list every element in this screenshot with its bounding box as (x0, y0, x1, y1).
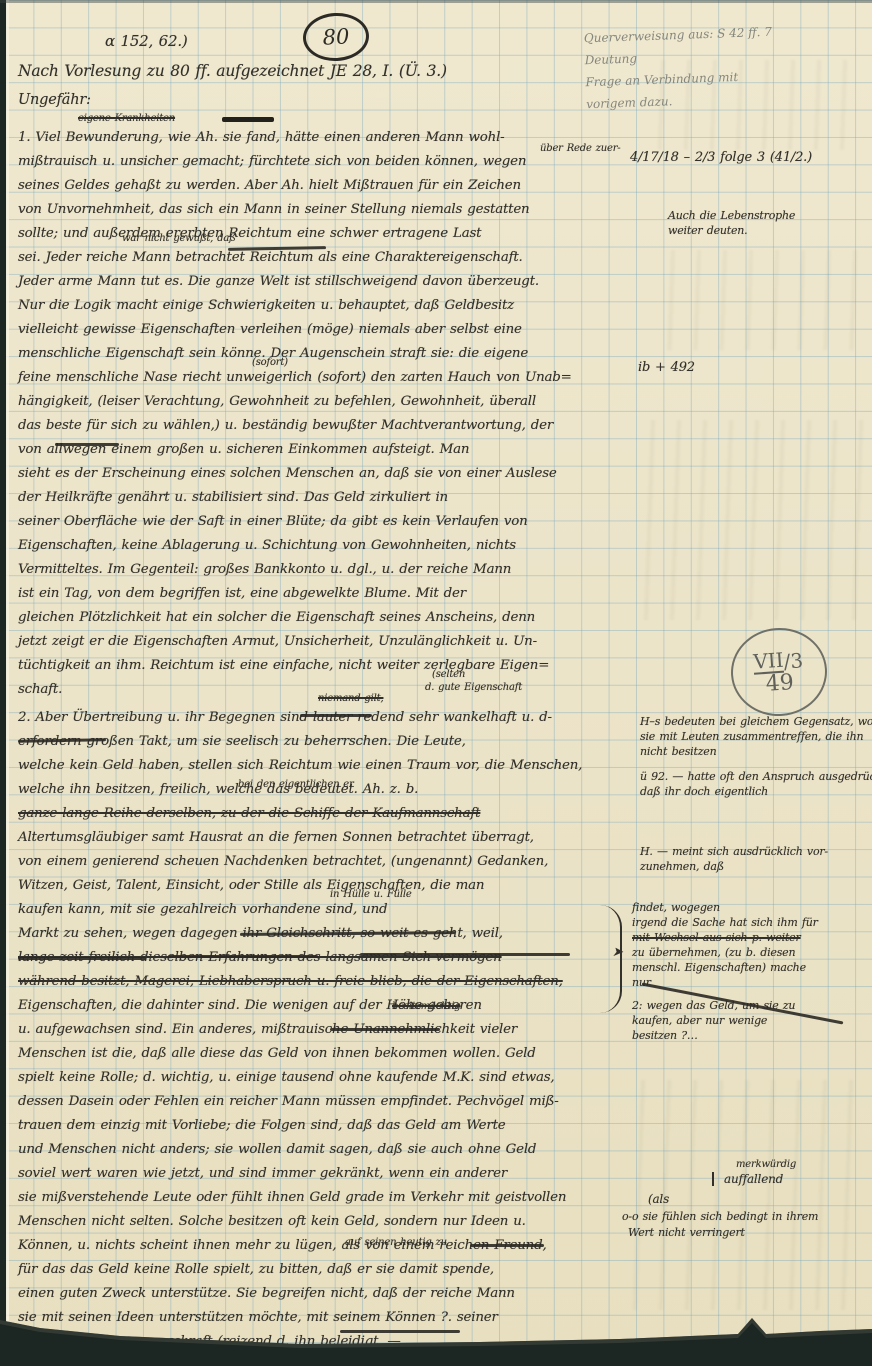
margin-note-line: sie mit Leuten zusammentreffen, die ihn (640, 729, 868, 744)
subtitle-insert: eigene Krankheiten (78, 112, 175, 125)
pencil-note-top-right: Querverweisung aus: S 42 ff. 7 Deutung F… (584, 21, 775, 116)
body-line: dessen Dasein oder Fehlen ein reicher Ma… (18, 1090, 632, 1114)
margin-note-vor: H. — meint sich ausdrücklich vor- zunehm… (640, 844, 868, 874)
alpha-reference: α 152, 62.) (105, 32, 188, 50)
margin-note-line: zu übernehmen, (zu b. diesen (632, 945, 868, 960)
body-line: Nur die Logik macht einige Schwierigkeit… (18, 294, 632, 318)
body-line: Vermitteltes. Im Gegenteil: großes Bankk… (18, 558, 632, 582)
stamp-49: 49 (765, 672, 794, 696)
bracket-tick (712, 1172, 714, 1186)
body-line: soviel wert waren wie jetzt, und sind im… (18, 1162, 632, 1186)
body-line: sollte; und außerdem ererbten Reichtum e… (18, 222, 632, 246)
interlinear-insertion: (selten (432, 668, 465, 681)
body-line: von allwegen einem großen u. sicheren Ei… (18, 438, 632, 462)
body-line: und Menschen nicht anders; sie wollen da… (18, 1138, 632, 1162)
margin-note-deuten: Auch die Lebenstrophe weiter deuten. (668, 208, 795, 238)
body-line: der Heilkräfte genährt u. stabilisiert s… (18, 486, 632, 510)
body-paragraph-2: 2. Aber Übertreibung u. ihr Begegnen sin… (18, 706, 632, 1354)
page-number: 80 (322, 24, 350, 49)
body-line: 2. Aber Übertreibung u. ihr Begegnen sin… (18, 706, 632, 730)
body-line: das beste für sich zu wählen,) u. bestän… (18, 414, 632, 438)
strike-mark (360, 953, 570, 956)
margin-note-line: (als (648, 1192, 669, 1206)
margin-note-line: zunehmen, daß (640, 859, 868, 874)
body-line: sie mißverstehende Leute oder fühlt ihne… (18, 1186, 632, 1210)
title-line: Nach Vorlesung zu 80 ff. aufgezeichnet J… (18, 62, 447, 80)
strike-mark (300, 714, 372, 717)
body-line: tüchtigkeit an ihm. Reichtum ist eine ei… (18, 654, 632, 678)
interlinear-insertion: d. gute Eigenschaft (425, 681, 522, 694)
interlinear-insertion: auf seinen heutig zu (345, 1236, 447, 1249)
body-paragraph-1: 1. Viel Bewunderung, wie Ah. sie fand, h… (18, 126, 632, 702)
body-line: feine menschliche Nase riecht unweigerli… (18, 366, 632, 390)
body-line: u. aufgewachsen sind. Ein anderes, mißtr… (18, 1018, 632, 1042)
margin-note-line: merkwürdig (736, 1158, 796, 1171)
margin-note-line: weiter deuten. (668, 223, 795, 238)
margin-note-line: H. — meint sich ausdrücklich vor- (640, 844, 868, 859)
body-line: sieht es der Erscheinung eines solchen M… (18, 462, 632, 486)
margin-note-line: nicht besitzen (640, 744, 868, 759)
body-line: spielt keine Rolle; d. wichtig, u. einig… (18, 1066, 632, 1090)
body-line: Menschen nicht selten. Solche besitzen o… (18, 1210, 632, 1234)
interlinear-insertion: in Hülle u. Fülle (330, 888, 412, 901)
interlinear-insertion: über Rede zuer- (540, 142, 620, 155)
manuscript-scan: α 152, 62.) 80 Nach Vorlesung zu 80 ff. … (0, 0, 872, 1366)
margin-note-line: findet, wogegen (632, 900, 868, 915)
body-line: Altertumsgläubiger samt Hausrat an die f… (18, 826, 632, 850)
scan-top-shadow (0, 0, 872, 3)
margin-note-line: Auch die Lebenstrophe (668, 208, 795, 223)
margin-bracket (598, 905, 622, 1013)
margin-note-line: o-o sie fühlen sich bedingt in ihrem (622, 1210, 818, 1223)
body-line: Witzen, Geist, Talent, Einsicht, oder St… (18, 874, 632, 898)
body-line: erfordern großen Takt, um sie seelisch z… (18, 730, 632, 754)
body-line: von Unvornehmheit, das sich ein Mann in … (18, 198, 632, 222)
body-line: seines Geldes gehaßt zu werden. Aber Ah.… (18, 174, 632, 198)
body-line: vielleicht gewisse Eigenschaften verleih… (18, 318, 632, 342)
paper-left-edge (6, 0, 9, 1366)
body-line: ist ein Tag, von dem begriffen ist, eine… (18, 582, 632, 606)
body-line: trauen dem einzig mit Vorliebe; die Folg… (18, 1114, 632, 1138)
body-line: Jeder arme Mann tut es. Die ganze Welt i… (18, 270, 632, 294)
strike-mark (168, 955, 318, 958)
margin-note-line: menschl. Eigenschaften) mache (632, 960, 868, 975)
margin-note-line: ü 92. — hatte oft den Anspruch ausgedrüc… (640, 769, 868, 784)
interlinear-insertion-struck: besitzmächtig (392, 1000, 460, 1013)
margin-ib-reference: ib + 492 (638, 360, 695, 375)
margin-note-line-struck: mit Wechsel aus sich p. weiter (632, 930, 868, 945)
interlinear-insertion: war nicht gewußt, daß (122, 232, 236, 245)
interlinear-insertion: (sofort) (252, 356, 288, 369)
subtitle: Ungefähr: (18, 92, 91, 108)
strike-mark (18, 957, 146, 960)
interlinear-insertion: bei den eigentlichen er (238, 778, 354, 791)
body-line: von einem genierend scheuen Nachdenken b… (18, 850, 632, 874)
emphasis-dash (222, 117, 274, 122)
margin-note-line: auffallend (724, 1172, 783, 1186)
interlinear-insertion-struck: niemand gilt, (318, 692, 383, 705)
stamp-slash-3: /3 (783, 649, 804, 672)
body-line: Menschen ist die, daß alle diese das Gel… (18, 1042, 632, 1066)
body-line: welche kein Geld haben, stellen sich Rei… (18, 754, 632, 778)
body-line: gleichen Plötzlichkeit hat ein solcher d… (18, 606, 632, 630)
strike-mark (470, 1244, 544, 1247)
body-line: kaufen kann, mit sie gezahlreich vorhand… (18, 898, 632, 922)
body-line: Eigenschaften, keine Ablagerung u. Schic… (18, 534, 632, 558)
margin-note-line: Wert nicht verringert (628, 1226, 745, 1239)
body-line: sei. Jeder reiche Mann betrachtet Reicht… (18, 246, 632, 270)
margin-note-line: daß ihr doch eigentlich (640, 784, 868, 799)
body-line: menschliche Eigenschaft sein könne. Der … (18, 342, 632, 366)
margin-note-line: irgend die Sache hat sich ihm für (632, 915, 868, 930)
body-line: einen guten Zweck unterstütze. Sie begre… (18, 1282, 632, 1306)
scan-bottom-edge (0, 1306, 872, 1366)
body-line: Eigenschaften, die dahinter sind. Die we… (18, 994, 632, 1018)
strike-mark (330, 1028, 440, 1031)
margin-date-reference: 4/17/18 – 2/3 folge 3 (41/2.) (630, 150, 812, 165)
body-line-struck: während besitzt, Magerei, Liebhaberspruc… (18, 970, 632, 994)
strike-mark (55, 443, 119, 446)
margin-note-hs: H–s bedeuten bei gleichem Gegensatz, wo … (640, 714, 868, 799)
body-line: hängigkeit, (leiser Verachtung, Gewohnhe… (18, 390, 632, 414)
body-line: jetzt zeigt er die Eigenschaften Armut, … (18, 630, 632, 654)
margin-note-line: H–s bedeuten bei gleichem Gegensatz, wo (640, 714, 868, 729)
margin-note-line: besitzen ?… (632, 1028, 868, 1043)
body-line-struck: ganze lange Reihe derselben, zu der die … (18, 802, 632, 826)
body-line: seiner Oberfläche wie der Saft in einer … (18, 510, 632, 534)
body-line: für das das Geld keine Rolle spielt, zu … (18, 1258, 632, 1282)
